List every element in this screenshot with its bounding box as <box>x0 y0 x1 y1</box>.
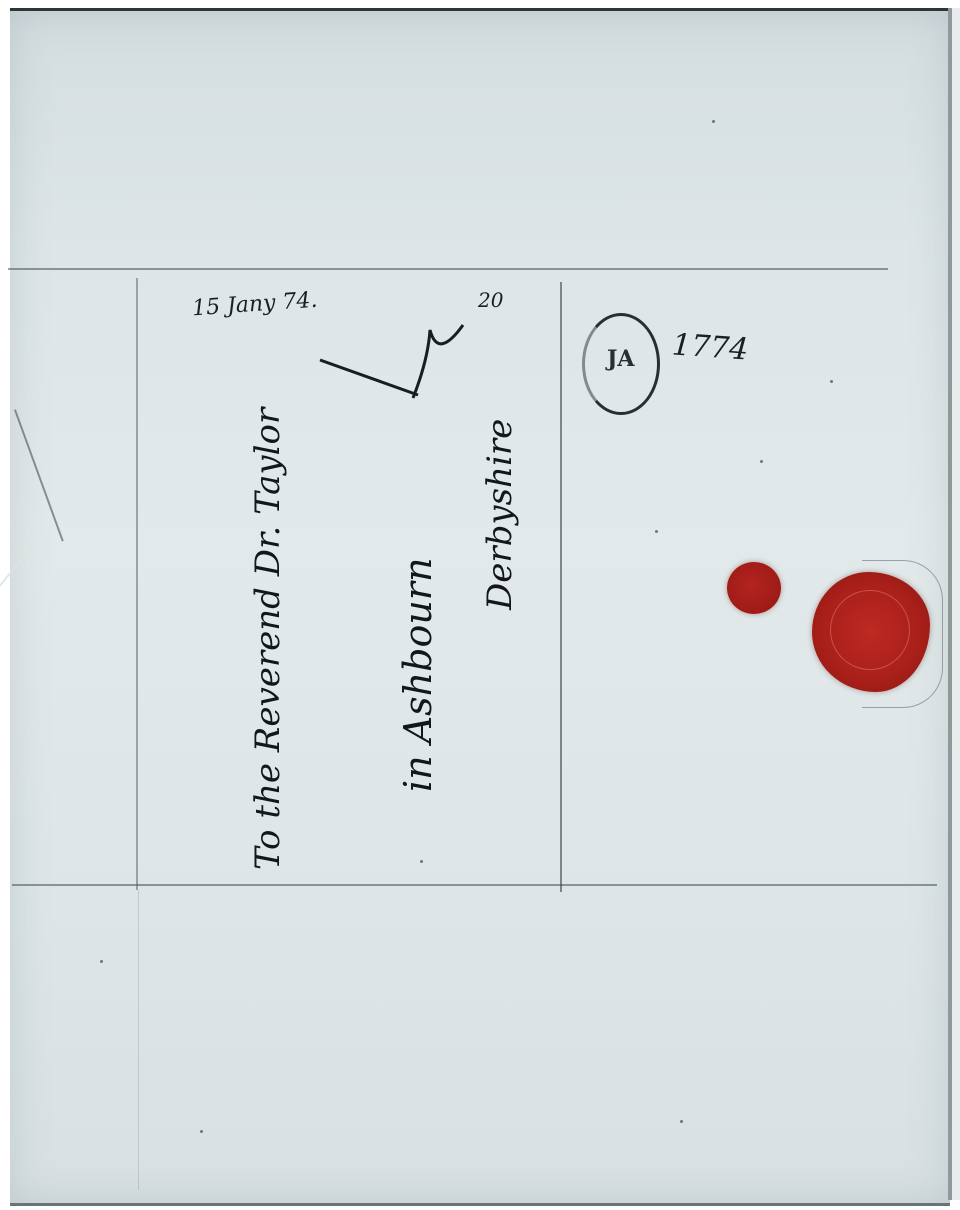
small-wax-seal <box>727 562 781 614</box>
address-line-recipient: To the Reverend Dr. Taylor <box>248 408 288 870</box>
docket-number: 20 <box>478 288 503 312</box>
postmark-text: JA <box>607 346 634 372</box>
fold-line-bottom <box>12 884 937 886</box>
speckle <box>100 960 103 963</box>
seal-impression <box>830 590 910 670</box>
year-annotation: 1774 <box>671 327 750 367</box>
fold-line-middle <box>560 282 562 892</box>
address-line-town: in Ashbourn <box>396 558 440 792</box>
speckle <box>200 1130 203 1133</box>
speckle <box>760 460 763 463</box>
speckle <box>420 860 423 863</box>
address-line-county: Derbyshire <box>480 419 520 610</box>
large-wax-seal <box>812 572 930 692</box>
fold-line-left <box>136 278 138 890</box>
speckle <box>830 380 833 383</box>
speckle <box>680 1120 683 1123</box>
fold-line-top <box>8 268 888 270</box>
address-flourish <box>318 320 468 410</box>
speckle <box>655 530 658 533</box>
postmark-stamp: JA <box>582 313 660 415</box>
speckle <box>712 120 715 123</box>
page-margin <box>952 8 960 1200</box>
fold-line-faint <box>138 890 139 1190</box>
